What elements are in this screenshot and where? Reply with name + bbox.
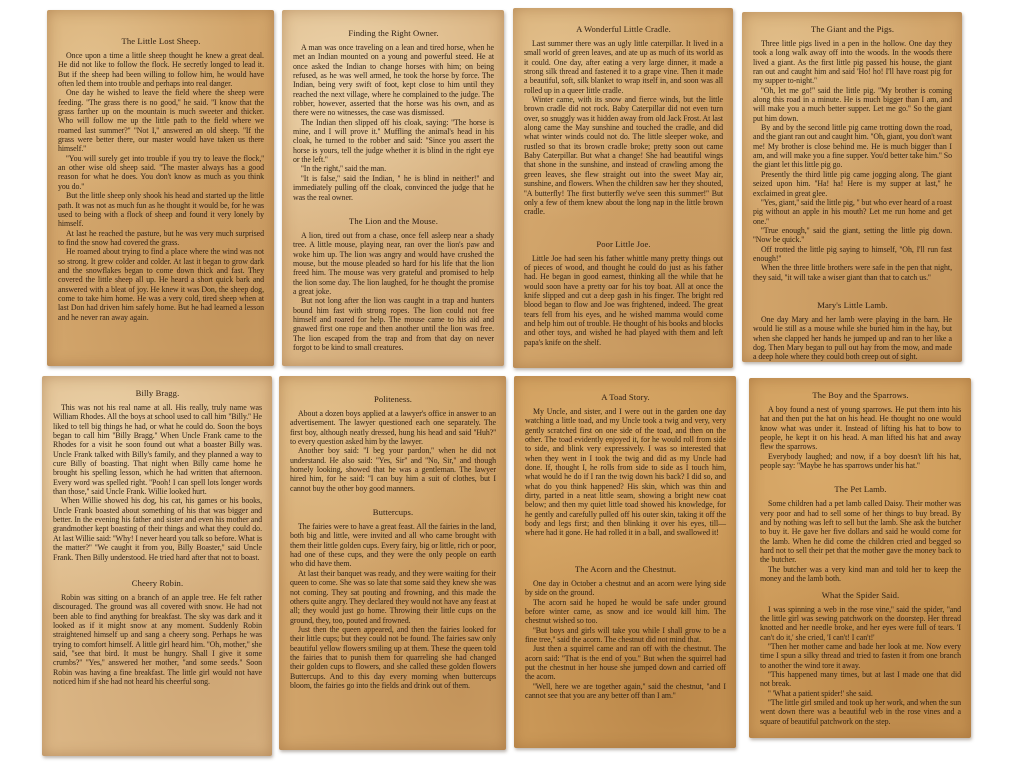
story-paragraph: ''This happened many times, but at last … (760, 670, 961, 689)
story-title: Politeness. (290, 394, 496, 405)
story-paragraph: Last summer there was an ugly little cat… (524, 39, 723, 95)
story-title: The Little Lost Sheep. (58, 36, 264, 47)
story-card-politeness-buttercups: Politeness. About a dozen boys applied a… (279, 376, 506, 750)
story-paragraph: One day in October a chestnut and an aco… (525, 579, 726, 598)
story-paragraph: This was not his real name at all. His r… (53, 403, 262, 496)
story-paragraph: Little Joe had seen his father whittle m… (524, 254, 723, 347)
story-paragraph: But the little sheep only shook his head… (58, 191, 264, 228)
story-paragraph: At last he reached the pasture, but he w… (58, 229, 264, 248)
story-title: Buttercups. (290, 507, 496, 518)
story-paragraph: He roamed about trying to find a place w… (58, 247, 264, 322)
story-paragraph: At last their banquet was ready, and the… (290, 569, 496, 625)
story-paragraph: ''Yes, giant,'' said the little pig, '' … (753, 198, 952, 226)
story-title: What the Spider Said. (760, 590, 961, 601)
story-title: The Lion and the Mouse. (293, 216, 494, 227)
story-paragraph: I was spinning a web in the rose vine,''… (760, 605, 961, 642)
story-paragraph: By and by the second little pig came tro… (753, 123, 952, 170)
story-title: The Giant and the Pigs. (753, 24, 952, 35)
story-paragraph: Off trotted the little pig saying to him… (753, 245, 952, 264)
story-paragraph: ''You will surely get into trouble if yo… (58, 154, 264, 191)
story-title: The Pet Lamb. (760, 484, 961, 495)
story-paragraph: A man was once traveling on a lean and t… (293, 43, 494, 118)
story-title: The Boy and the Sparrows. (760, 390, 961, 401)
story-paragraph: One day Mary and her lamb were playing i… (753, 315, 952, 362)
story-paragraph: ''Then her mother came and bade her look… (760, 642, 961, 670)
story-paragraph: '' 'What a patient spider!' she said. (760, 689, 961, 698)
story-paragraph: My Uncle, and sister, and I were out in … (525, 407, 726, 538)
story-paragraph: Some children had a pet lamb called Dais… (760, 499, 961, 564)
story-card-wonderful-little-cradle: A Wonderful Little Cradle. Last summer t… (513, 8, 733, 368)
story-paragraph: The acorn said he hoped he would be safe… (525, 598, 726, 626)
story-paragraph: ''But boys and girls will take you while… (525, 626, 726, 645)
story-card-billy-bragg: Billy Bragg. This was not his real name … (42, 376, 272, 756)
story-paragraph: A lion, tired out from a chase, once fel… (293, 231, 494, 296)
story-paragraph: Another boy said: ''I beg your pardon,''… (290, 446, 496, 493)
story-paragraph: ''The little girl smiled and took up her… (760, 698, 961, 726)
story-paragraph: A boy found a nest of young sparrows. He… (760, 405, 961, 452)
story-paragraph: Everybody laughed; and now, if a boy doe… (760, 452, 961, 471)
story-title: Poor Little Joe. (524, 239, 723, 250)
story-paragraph: ''It is false,'' said the Indian, '' he … (293, 174, 494, 202)
story-card-giant-and-pigs: The Giant and the Pigs. Three little pig… (742, 12, 962, 362)
story-paragraph: Robin was sitting on a branch of an appl… (53, 593, 262, 686)
story-paragraph: ''Oh, let me go!'' said the little pig. … (753, 86, 952, 123)
story-card-sparrows-lamb-spider: The Boy and the Sparrows. A boy found a … (749, 378, 971, 738)
story-paragraph: Just then a squirrel came and ran off wi… (525, 644, 726, 681)
story-title: Finding the Right Owner. (293, 28, 494, 39)
story-paragraph: When the three little brothers were safe… (753, 263, 952, 282)
story-card-finding-right-owner: Finding the Right Owner. A man was once … (282, 10, 504, 366)
story-paragraph: The Indian then slipped off his cloak, s… (293, 118, 494, 165)
story-paragraph: Just then the queen appeared, and then t… (290, 625, 496, 690)
story-card-little-lost-sheep: The Little Lost Sheep. Once upon a time … (47, 10, 274, 366)
story-paragraph: Once upon a time a little sheep thought … (58, 51, 264, 88)
story-card-toad-acorn: A Toad Story. My Uncle, and sister, and … (514, 376, 736, 748)
story-paragraph: About a dozen boys applied at a lawyer's… (290, 409, 496, 446)
story-title: The Acorn and the Chestnut. (525, 564, 726, 575)
story-paragraph: ''Well, here we are together again,'' sa… (525, 682, 726, 701)
story-title: A Wonderful Little Cradle. (524, 24, 723, 35)
story-paragraph: ''In the right,'' said the man. (293, 164, 494, 173)
story-paragraph: The fairies were to have a great feast. … (290, 522, 496, 569)
story-paragraph: Presently the third little pig came jogg… (753, 170, 952, 198)
story-paragraph: Three little pigs lived in a pen in the … (753, 39, 952, 86)
story-title: Mary's Little Lamb. (753, 300, 952, 311)
story-paragraph: When Willie showed his dog, his cat, his… (53, 496, 262, 561)
story-title: A Toad Story. (525, 392, 726, 403)
story-paragraph: The butcher was a very kind man and told… (760, 565, 961, 584)
story-paragraph: One day he wished to leave the field whe… (58, 88, 264, 153)
story-title: Billy Bragg. (53, 388, 262, 399)
story-title: Cheery Robin. (53, 578, 262, 589)
story-paragraph: But not long after the lion was caught i… (293, 296, 494, 352)
story-paragraph: ''True enough,'' said the giant, setting… (753, 226, 952, 245)
story-paragraph: Winter came, with its snow and fierce wi… (524, 95, 723, 216)
